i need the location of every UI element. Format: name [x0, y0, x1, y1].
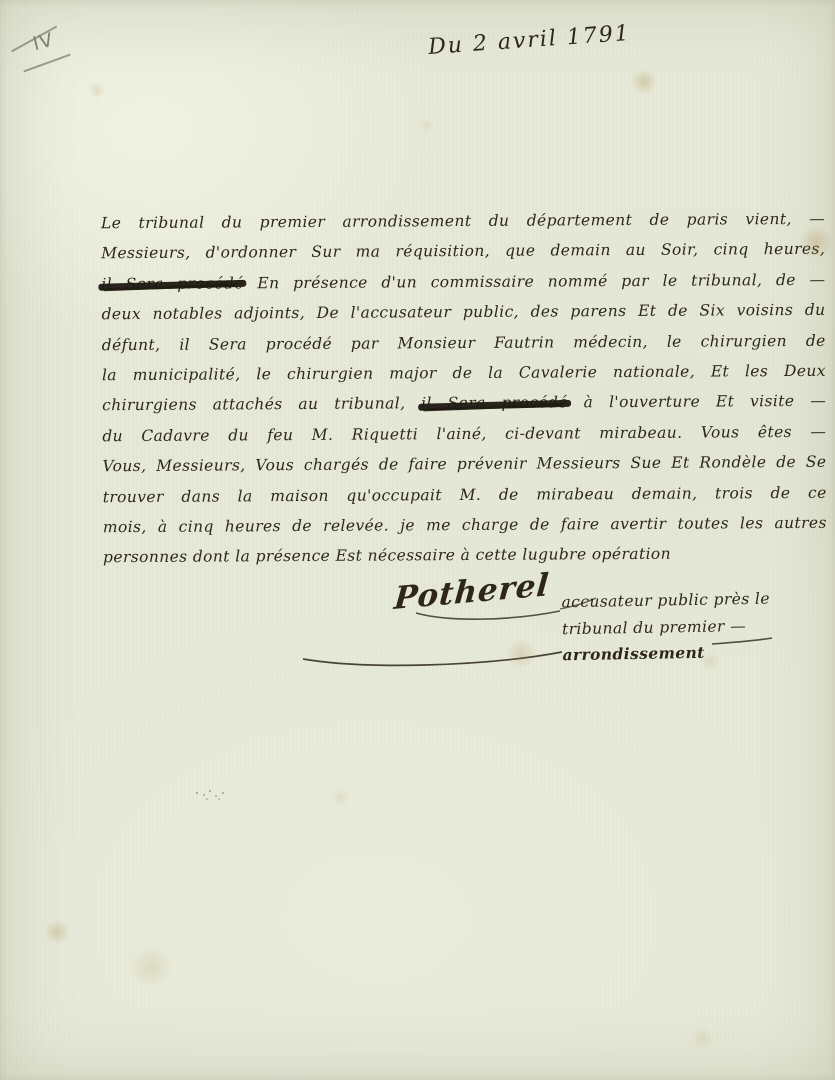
paper-stain — [700, 652, 720, 670]
manuscript-line: Le tribunal du premier arrondissement du… — [101, 204, 825, 239]
manuscript-line: personnes dont la présence Est nécessair… — [103, 538, 827, 573]
manuscript-text: mois, à cinq heures de relevée. je me ch… — [103, 514, 827, 536]
paper-stain — [505, 640, 537, 668]
manuscript-text: chirurgiens attachés au tribunal, — [102, 395, 421, 415]
manuscript-page: IV Du 2 avril 1791 Le tribunal du premie… — [0, 0, 835, 1080]
date-line: Du 2 avril 1791 — [427, 21, 631, 60]
pencil-stroke — [23, 53, 71, 72]
manuscript-text: la municipalité, le chirurgien major de … — [102, 362, 826, 384]
signature-role-block: accusateur public près le tribunal du pr… — [561, 585, 820, 669]
manuscript-line: du Cadavre du feu M. Riquetti l'ainé, ci… — [102, 417, 826, 452]
crossed-out-text: il Sera procédé — [421, 394, 568, 413]
manuscript-text: Le tribunal du premier arrondissement du… — [101, 210, 825, 232]
manuscript-text: Vous, Messieurs, Vous chargés de faire p… — [102, 453, 826, 475]
paper-stain — [630, 70, 658, 94]
manuscript-text: défunt, il Sera procédé par Monsieur Fau… — [102, 331, 826, 353]
letter-body: Le tribunal du premier arrondissement du… — [101, 204, 827, 573]
paper-stain — [44, 920, 70, 944]
paper-stain — [418, 118, 434, 132]
manuscript-line: Vous, Messieurs, Vous chargés de faire p… — [102, 447, 826, 482]
signature-role-line: arrondissement — [562, 638, 820, 669]
manuscript-line: deux notables adjoints, De l'accusateur … — [101, 295, 825, 330]
crossed-out-text: il Sera procédé — [101, 274, 243, 293]
manuscript-line: Messieurs, d'ordonner Sur ma réquisition… — [101, 234, 825, 269]
manuscript-text: trouver dans la maison qu'occupait M. de… — [103, 483, 827, 505]
manuscript-line: chirurgiens attachés au tribunal, il Ser… — [102, 386, 826, 421]
manuscript-line: la municipalité, le chirurgien major de … — [102, 356, 826, 391]
manuscript-text: à l'ouverture Et visite — — [568, 392, 826, 412]
manuscript-text: En présence d'un commissaire nommé par l… — [244, 271, 826, 293]
paper-stain — [128, 948, 174, 986]
paper-stain — [690, 1028, 714, 1048]
paper-stain — [88, 82, 106, 98]
manuscript-text: deux notables adjoints, De l'accusateur … — [101, 301, 825, 323]
manuscript-line: trouver dans la maison qu'occupait M. de… — [103, 477, 827, 512]
manuscript-line: il Sera procédé En présence d'un commiss… — [101, 265, 825, 300]
ink-speckle — [196, 792, 198, 794]
manuscript-text: Messieurs, d'ordonner Sur ma réquisition… — [101, 240, 825, 262]
manuscript-line: mois, à cinq heures de relevée. je me ch… — [103, 508, 827, 543]
corner-mark: IV — [31, 29, 56, 55]
paper-stain — [798, 226, 834, 258]
manuscript-text: personnes dont la présence Est nécessair… — [103, 545, 671, 566]
manuscript-line: défunt, il Sera procédé par Monsieur Fau… — [102, 325, 826, 360]
manuscript-text: du Cadavre du feu M. Riquetti l'ainé, ci… — [102, 423, 826, 445]
paper-stain — [330, 788, 350, 806]
signature-name: Potherel — [393, 567, 551, 617]
